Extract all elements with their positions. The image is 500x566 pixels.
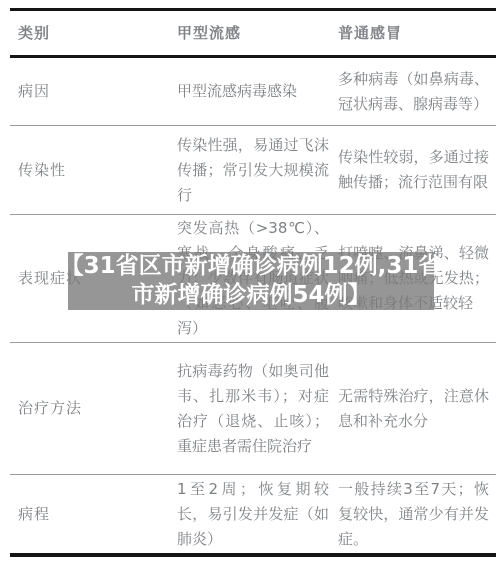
row-label-contagiousness: 传染性: [10, 158, 170, 183]
treatment-flu-cell: 抗病毒药物（如奥司他韦、扎那米韦）；对症治疗（退烧、止咳）；重症患者需住院治疗: [170, 359, 330, 459]
contagiousness-flu-cell: 传染性强，易通过飞沫传播；常引发大规模流行: [170, 133, 330, 208]
table-row-cause: 病因 甲型流感病毒感染 多种病毒（如鼻病毒、冠状病毒、腺病毒等）: [10, 58, 496, 126]
overlay-headline-line-2: 市新增确诊病例54例】: [131, 281, 370, 310]
cause-flu-cell: 甲型流感病毒感染: [170, 79, 330, 104]
table-header-row: 类别 甲型流感 普通感冒: [10, 8, 496, 58]
row-label-duration: 病程: [10, 502, 170, 527]
news-headline-overlay: 【31省区市新增确诊病例12例,31省 市新增确诊病例54例】: [68, 252, 434, 310]
header-influenza-a: 甲型流感: [170, 21, 330, 46]
cause-cold-cell: 多种病毒（如鼻病毒、冠状病毒、腺病毒等）: [330, 67, 496, 117]
row-label-treatment: 治疗方法: [10, 396, 170, 421]
duration-flu-cell: 1至2周；恢复期较长，易引发并发症（如肺炎）: [170, 477, 330, 552]
table-row-contagiousness: 传染性 传染性强，易通过飞沫传播；常引发大规模流行 传染性较弱，多通过接触传播；…: [10, 126, 496, 215]
overlay-headline-line-1: 【31省区市新增确诊病例12例,31省: [61, 252, 442, 281]
treatment-cold-cell: 无需特殊治疗，注意休息和补充水分: [330, 384, 496, 434]
duration-cold-cell: 一般持续3至7天；恢复较快，通常少有并发症。: [330, 477, 496, 552]
row-label-cause: 病因: [10, 79, 170, 104]
table-row-duration: 病程 1至2周；恢复期较长，易引发并发症（如肺炎） 一般持续3至7天；恢复较快，…: [10, 475, 496, 557]
contagiousness-cold-cell: 传染性较弱，多通过接触传播；流行范围有限: [330, 145, 496, 195]
table-row-treatment: 治疗方法 抗病毒药物（如奥司他韦、扎那米韦）；对症治疗（退烧、止咳）；重症患者需…: [10, 343, 496, 475]
header-category: 类别: [10, 21, 170, 46]
header-common-cold: 普通感冒: [330, 21, 496, 46]
page: 类别 甲型流感 普通感冒 病因 甲型流感病毒感染 多种病毒（如鼻病毒、冠状病毒、…: [0, 0, 500, 566]
